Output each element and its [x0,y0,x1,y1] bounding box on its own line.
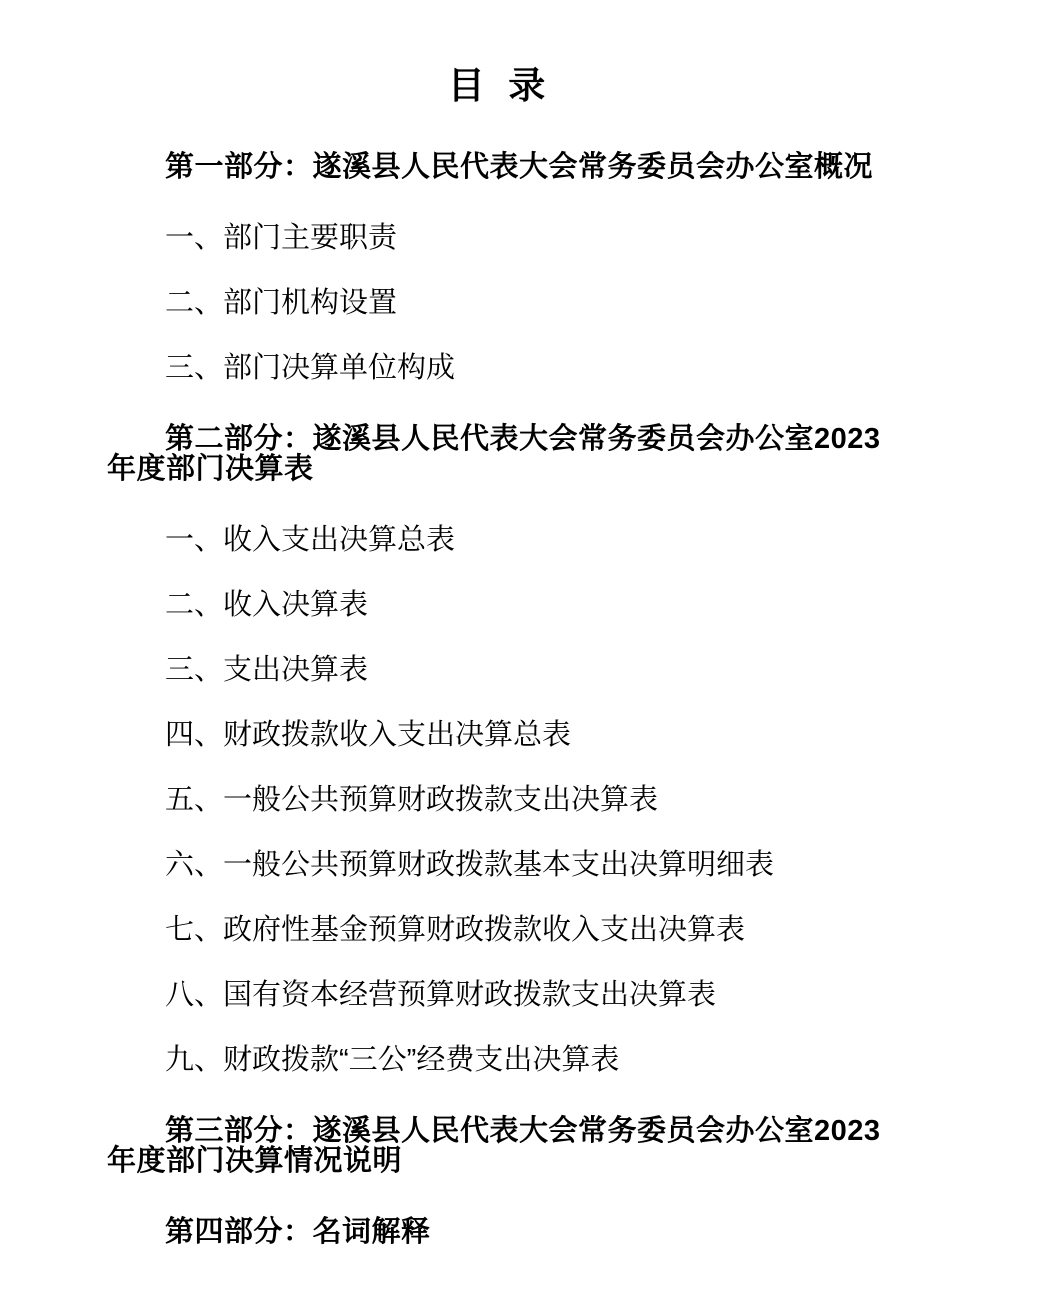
toc-item: 一、收入支出决算总表 [107,525,887,555]
toc-item: 五、一般公共预算财政拨款支出决算表 [107,785,887,815]
toc-item: 八、国有资本经营预算财政拨款支出决算表 [107,980,887,1010]
toc-item: 七、政府性基金预算财政拨款收入支出决算表 [107,915,887,945]
toc-item: 二、部门机构设置 [107,288,887,318]
toc-item: 三、部门决算单位构成 [107,353,887,383]
toc-item: 六、一般公共预算财政拨款基本支出决算明细表 [107,850,887,880]
toc-item: 四、财政拨款收入支出决算总表 [107,720,887,750]
toc-item: 一、部门主要职责 [107,223,887,253]
document-page: 目 录 第一部分：遂溪县人民代表大会常务委员会办公室概况 一、部门主要职责 二、… [0,0,1053,1247]
section-heading-part4: 第四部分：名词解释 [107,1217,887,1247]
toc-item: 二、收入决算表 [107,590,887,620]
toc-item: 九、财政拨款“三公”经费支出决算表 [107,1045,887,1075]
section-heading-part2: 第二部分：遂溪县人民代表大会常务委员会办公室2023年度部门决算表 [107,424,887,484]
toc-item: 三、支出决算表 [107,655,887,685]
page-title: 目 录 [107,64,887,108]
section-heading-part3: 第三部分：遂溪县人民代表大会常务委员会办公室2023年度部门决算情况说明 [107,1116,887,1176]
section-heading-part1: 第一部分：遂溪县人民代表大会常务委员会办公室概况 [107,152,887,182]
